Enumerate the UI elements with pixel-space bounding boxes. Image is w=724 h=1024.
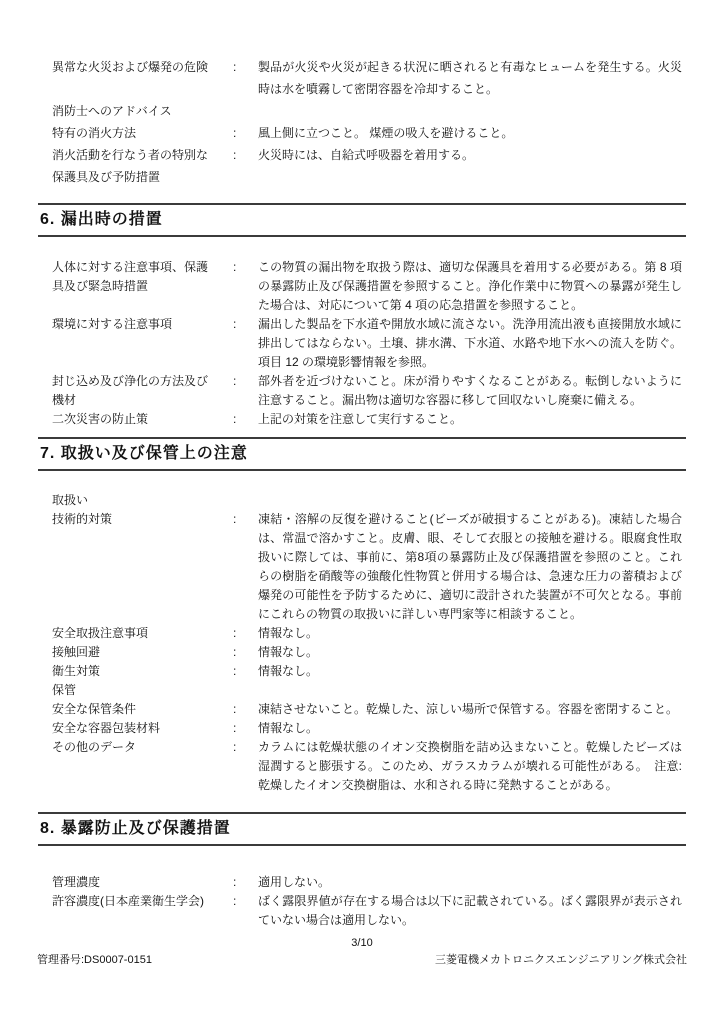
field-label: 管理濃度 <box>52 873 218 892</box>
field-colon: : <box>233 122 258 144</box>
field-colon: : <box>233 56 258 78</box>
field-colon: : <box>233 144 258 166</box>
field-row: 環境に対する注意事項:漏出した製品を下水道や開放水域に流さない。洗浄用流出液も直… <box>52 315 686 372</box>
field-colon: : <box>233 662 258 681</box>
field-label: 消防士へのアドバイス <box>52 100 218 122</box>
group-heading-row: 取扱い <box>52 491 686 510</box>
field-colon: : <box>233 738 258 757</box>
field-label: 封じ込め及び浄化の方法及び機材 <box>52 372 218 410</box>
field-label: 特有の消火方法 <box>52 122 218 144</box>
field-colon: : <box>233 873 258 892</box>
field-colon: : <box>233 410 258 429</box>
field-label: 取扱い <box>52 491 218 510</box>
field-row: 特有の消火方法:風上側に立つこと。 煤煙の吸入を避けること。 <box>52 122 686 144</box>
field-value: 部外者を近づけないこと。床が滑りやすくなることがある。転倒しないように注意するこ… <box>258 372 682 410</box>
page-footer: 管理番号:DS0007-0151 三菱電機メカトロニクスエンジニアリング株式会社 <box>37 953 687 968</box>
field-row: 消火活動を行なう者の特別な保護具及び予防措置:火災時には、自給式呼吸器を着用する… <box>52 144 686 188</box>
section-7-handling-storage-rows: 取扱い技術的対策:凍結・溶解の反復を避けること(ビーズが破損することがある)。凍… <box>0 491 724 795</box>
field-label: 人体に対する注意事項、保護具及び緊急時措置 <box>52 258 218 296</box>
field-row: 二次災害の防止策:上記の対策を注意して実行すること。 <box>52 410 686 429</box>
sds-document-page: 異常な火災および爆発の危険:製品が火災や火災が起きる状況に晒されると有毒なヒュー… <box>0 0 724 1024</box>
field-row: 安全な容器包装材料:情報なし。 <box>52 719 686 738</box>
field-row: 人体に対する注意事項、保護具及び緊急時措置:この物質の漏出物を取扱う際は、適切な… <box>52 258 686 315</box>
field-colon: : <box>233 643 258 662</box>
field-value: 情報なし。 <box>258 719 682 738</box>
group-heading-row: 保管 <box>52 681 686 700</box>
field-row: 異常な火災および爆発の危険:製品が火災や火災が起きる状況に晒されると有毒なヒュー… <box>52 56 686 100</box>
section-8-exposure-controls-rows: 管理濃度:適用しない。許容濃度(日本産業衛生学会):ばく露限界値が存在する場合は… <box>0 873 724 930</box>
field-value: ばく露限界値が存在する場合は以下に記載されている。ばく露限界が表示されていない場… <box>258 892 682 930</box>
field-colon: : <box>233 719 258 738</box>
field-colon: : <box>233 315 258 334</box>
field-colon: : <box>233 258 258 277</box>
field-row: 安全な保管条件:凍結させないこと。乾燥した、涼しい場所で保管する。容器を密閉する… <box>52 700 686 719</box>
section-7-header: 7. 取扱い及び保管上の注意 <box>38 437 686 471</box>
field-colon: : <box>233 624 258 643</box>
field-row: 安全取扱注意事項:情報なし。 <box>52 624 686 643</box>
field-label: 二次災害の防止策 <box>52 410 218 429</box>
field-value: 情報なし。 <box>258 662 682 681</box>
section-6-header: 6. 漏出時の措置 <box>38 203 686 237</box>
field-row: 接触回避:情報なし。 <box>52 643 686 662</box>
document-control-number: 管理番号:DS0007-0151 <box>37 953 152 968</box>
field-label: その他のデータ <box>52 738 218 757</box>
field-row: 封じ込め及び浄化の方法及び機材:部外者を近づけないこと。床が滑りやすくなることが… <box>52 372 686 410</box>
section-8-header: 8. 暴露防止及び保護措置 <box>38 812 686 846</box>
field-label: 保管 <box>52 681 218 700</box>
field-value: 情報なし。 <box>258 643 682 662</box>
fire-fighting-measures-rows: 異常な火災および爆発の危険:製品が火災や火災が起きる状況に晒されると有毒なヒュー… <box>0 56 724 188</box>
field-value: 火災時には、自給式呼吸器を着用する。 <box>258 144 682 166</box>
field-colon: : <box>233 510 258 529</box>
field-label: 技術的対策 <box>52 510 218 529</box>
field-label: 異常な火災および爆発の危険 <box>52 56 218 78</box>
page-number: 3/10 <box>0 936 724 950</box>
field-row: 管理濃度:適用しない。 <box>52 873 686 892</box>
field-row: 許容濃度(日本産業衛生学会):ばく露限界値が存在する場合は以下に記載されている。… <box>52 892 686 930</box>
field-colon: : <box>233 892 258 911</box>
field-value: 情報なし。 <box>258 624 682 643</box>
field-value: この物質の漏出物を取扱う際は、適切な保護具を着用する必要がある。第 8 項の暴露… <box>258 258 682 315</box>
field-row: 技術的対策:凍結・溶解の反復を避けること(ビーズが破損することがある)。凍結した… <box>52 510 686 624</box>
field-label: 環境に対する注意事項 <box>52 315 218 334</box>
field-value: 風上側に立つこと。 煤煙の吸入を避けること。 <box>258 122 682 144</box>
field-label: 安全な容器包装材料 <box>52 719 218 738</box>
field-value: 適用しない。 <box>258 873 682 892</box>
field-label: 接触回避 <box>52 643 218 662</box>
section-6-accidental-release-rows: 人体に対する注意事項、保護具及び緊急時措置:この物質の漏出物を取扱う際は、適切な… <box>0 258 724 429</box>
field-row: その他のデータ:カラムには乾燥状態のイオン交換樹脂を詰め込まないこと。乾燥したビ… <box>52 738 686 795</box>
field-label: 許容濃度(日本産業衛生学会) <box>52 892 218 911</box>
field-label: 衛生対策 <box>52 662 218 681</box>
field-value: 上記の対策を注意して実行すること。 <box>258 410 682 429</box>
field-label: 安全な保管条件 <box>52 700 218 719</box>
company-name: 三菱電機メカトロニクスエンジニアリング株式会社 <box>435 953 687 968</box>
field-row: 衛生対策:情報なし。 <box>52 662 686 681</box>
field-value: 漏出した製品を下水道や開放水域に流さない。洗浄用流出液も直接開放水域に排出しては… <box>258 315 682 372</box>
field-value: 製品が火災や火災が起きる状況に晒されると有毒なヒュームを発生する。火災時は水を噴… <box>258 56 682 100</box>
group-heading-row: 消防士へのアドバイス <box>52 100 686 122</box>
field-label: 安全取扱注意事項 <box>52 624 218 643</box>
field-colon: : <box>233 700 258 719</box>
field-value: カラムには乾燥状態のイオン交換樹脂を詰め込まないこと。乾燥したビーズは湿潤すると… <box>258 738 682 795</box>
field-value: 凍結・溶解の反復を避けること(ビーズが破損することがある)。凍結した場合は、常温… <box>258 510 682 624</box>
field-label: 消火活動を行なう者の特別な保護具及び予防措置 <box>52 144 218 188</box>
field-colon: : <box>233 372 258 391</box>
field-value: 凍結させないこと。乾燥した、涼しい場所で保管する。容器を密閉すること。 <box>258 700 682 719</box>
